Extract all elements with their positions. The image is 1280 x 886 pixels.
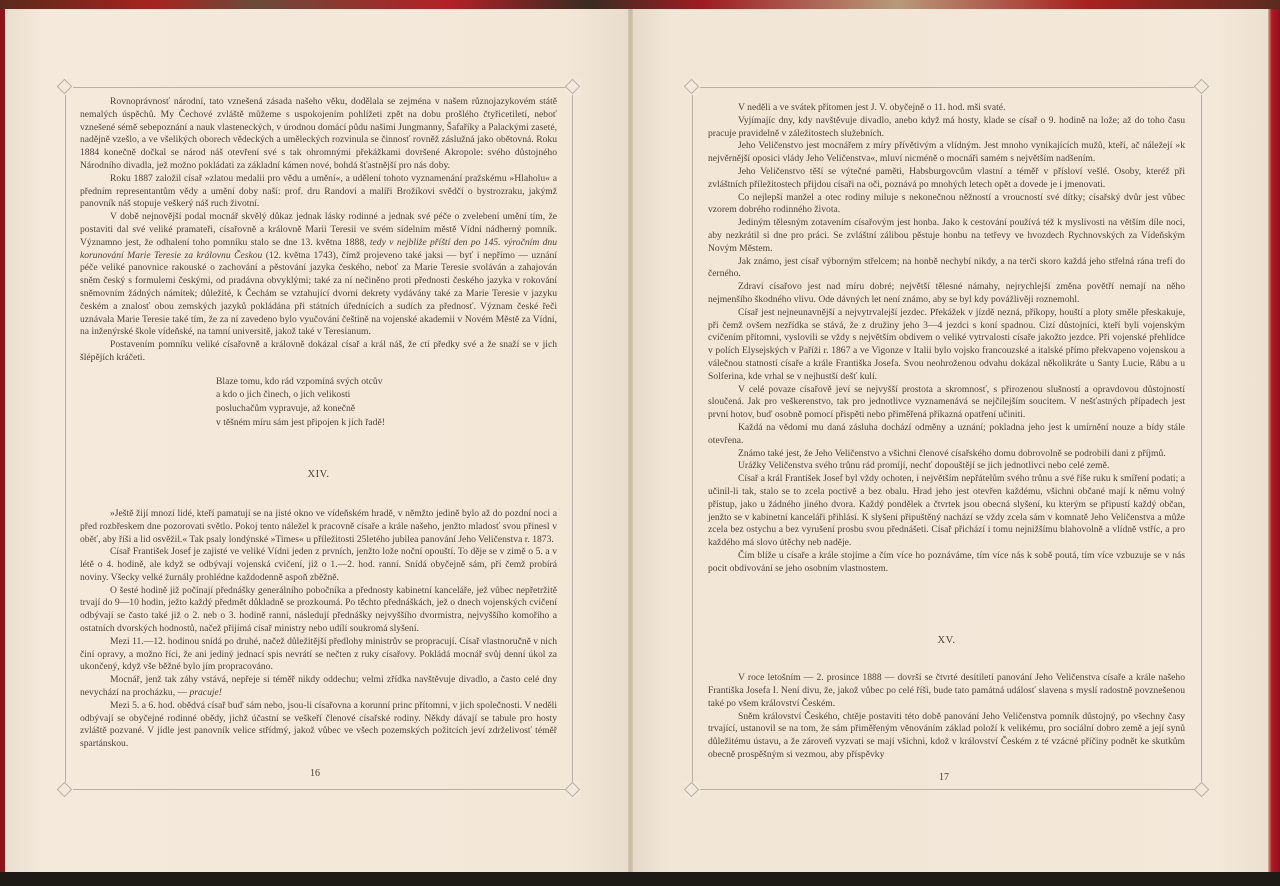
paragraph-monument: V době nejnovější podal mocnář skvělý dů… [80, 211, 557, 339]
verse-line: a kdo o jich činech, o jich velikosti [216, 388, 557, 402]
paragraph: Jeho Veličenstvo jest mocnářem z míry př… [708, 140, 1185, 166]
paragraph: O šesté hodině již počínají přednášky ge… [80, 585, 557, 636]
paragraph-text: Mocnář, jenž tak záhy vstává, nepřeje si… [80, 674, 557, 698]
frame-corner-ornament [684, 79, 700, 95]
chapter-heading: XV. [708, 635, 1185, 648]
paragraph: Co nejlepší manžel a otec rodiny miluje … [708, 192, 1185, 218]
paragraph: Zdraví císařovo jest nad míru dobré; nej… [708, 281, 1185, 307]
paragraph: Rovnoprávnosť národní, tato vznešená zás… [80, 96, 557, 173]
paragraph: Sněm království Českého, chtěje postavit… [708, 711, 1185, 762]
paragraph: Urážky Veličenstva svého trůnu rád promí… [708, 460, 1185, 473]
paragraph: Každá na vědomí mu daná zásluha dochází … [708, 422, 1185, 448]
left-page-text: Rovnoprávnosť národní, tato vznešená zás… [80, 96, 557, 751]
frame-corner-ornament [684, 782, 700, 798]
verse-line: v těšném míru sám jest připojen k jich ř… [216, 416, 557, 430]
paragraph: V roce letošním — 2. prosince 1888 — dov… [708, 672, 1185, 710]
paragraph: Postavením pomníku veliké císařovně a kr… [80, 339, 557, 365]
page-number: 17 [924, 772, 964, 783]
verse-line: posluchačům vypravuje, až konečně [216, 402, 557, 416]
frame-corner-ornament [57, 782, 73, 798]
paragraph: Jak známo, jest císař výborným střelcem;… [708, 256, 1185, 282]
section-spacer [708, 575, 1185, 635]
paragraph: Vyjímajíc dny, kdy navštěvuje divadlo, a… [708, 115, 1185, 141]
paragraph: Roku 1887 založil císař »zlatou medalii … [80, 173, 557, 211]
book-gutter [628, 9, 633, 872]
book-cover-top-edge [0, 0, 1280, 9]
paragraph-text: (12. května 1743), čímž projeveno také j… [80, 250, 557, 338]
paragraph: Mezi 5. a 6. hod. obědvá císař buď sám n… [80, 700, 557, 751]
frame-corner-ornament [565, 782, 581, 798]
page-edge-right [1268, 9, 1280, 872]
paragraph: Císař jest nejneunavnější a nejvytrvalej… [708, 307, 1185, 384]
paragraph: Mezi 11.—12. hodinou snídá po druhé, nač… [80, 636, 557, 674]
verse-line: Blaze tomu, kdo rád vzpomíná svých otcův [216, 375, 557, 389]
paragraph: Čím blíže u císaře a krále stojíme a čím… [708, 550, 1185, 576]
paragraph: V neděli a ve svátek přítomen jest J. V.… [708, 102, 1185, 115]
paragraph: V celé povaze císařově jeví se nejvyšší … [708, 384, 1185, 422]
frame-corner-ornament [1194, 782, 1210, 798]
paragraph: Jeho Veličenstvo těší se výtečné paměti,… [708, 166, 1185, 192]
paragraph: »Ještě žijí mnozí lidé, kteří pamatují s… [80, 508, 557, 546]
italic-emphasis: pracuje! [189, 687, 222, 698]
frame-corner-ornament [565, 79, 581, 95]
paragraph: Císař František Josef je zajisté ve veli… [80, 546, 557, 584]
paragraph-pracuje: Mocnář, jenž tak záhy vstává, nepřeje si… [80, 674, 557, 700]
paragraph: Císař a král František Josef byl vždy oc… [708, 473, 1185, 550]
verse-quote: Blaze tomu, kdo rád vzpomíná svých otcův… [216, 375, 557, 429]
paragraph: Známo také jest, že Jeho Veličenstvo a v… [708, 448, 1185, 461]
chapter-heading: XIV. [80, 469, 557, 482]
scan-background [0, 872, 1280, 886]
right-page-text: V neděli a ve svátek přítomen jest J. V.… [708, 102, 1185, 762]
frame-corner-ornament [1194, 79, 1210, 95]
page-number: 16 [295, 768, 335, 779]
paragraph: Jediným tělesným zotavením císařovým jes… [708, 217, 1185, 255]
frame-corner-ornament [57, 79, 73, 95]
